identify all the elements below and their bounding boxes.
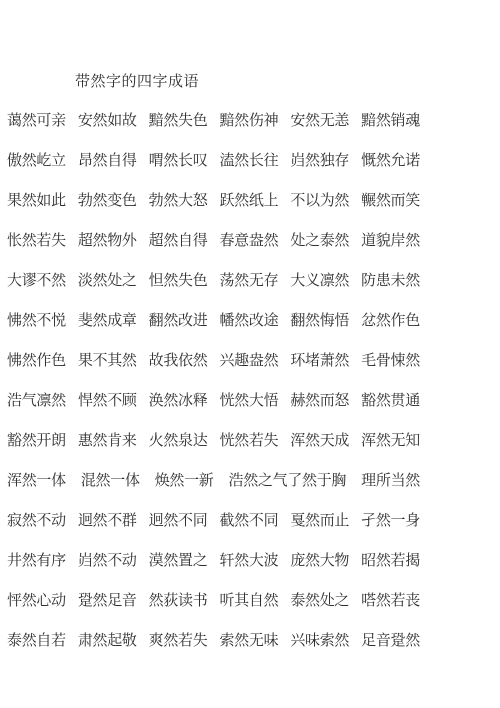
idiom: 溘然长往 bbox=[219, 153, 278, 169]
idiom: 防患未然 bbox=[361, 273, 420, 289]
idiom: 勃然大怒 bbox=[149, 193, 208, 209]
idiom: 怫然不悦 bbox=[7, 313, 66, 329]
idiom: 岿然不动 bbox=[78, 553, 137, 569]
idiom: 春意盎然 bbox=[219, 233, 278, 249]
idiom: 混然一体 bbox=[81, 473, 140, 489]
idiom: 道貌岸然 bbox=[361, 233, 420, 249]
idiom: 惠然肯来 bbox=[78, 433, 137, 449]
idiom-row: 怦然心动跫然足音然荻读书听其自然泰然处之嗒然若丧 bbox=[7, 593, 420, 609]
idiom: 索然无味 bbox=[219, 633, 278, 649]
idiom: 荡然无存 bbox=[219, 273, 278, 289]
idiom: 兴趣盎然 bbox=[219, 353, 278, 369]
idiom: 蔼然可亲 bbox=[7, 113, 66, 129]
idiom: 赫然而怒 bbox=[290, 393, 349, 409]
idiom: 毛骨悚然 bbox=[361, 353, 420, 369]
idiom-row: 大谬不然淡然处之怛然失色荡然无存大义凛然防患未然 bbox=[7, 273, 420, 289]
idiom: 理所当然 bbox=[361, 473, 420, 489]
idiom: 黯然伤神 bbox=[219, 113, 278, 129]
idiom: 大谬不然 bbox=[7, 273, 66, 289]
idiom: 安然无恙 bbox=[290, 113, 349, 129]
idiom: 冁然而笑 bbox=[361, 193, 420, 209]
idiom: 恍然若失 bbox=[219, 433, 278, 449]
idiom: 昂然自得 bbox=[78, 153, 137, 169]
idiom: 涣然冰释 bbox=[149, 393, 208, 409]
idiom: 喟然长叹 bbox=[149, 153, 208, 169]
idiom: 浑然天成 bbox=[290, 433, 349, 449]
idiom: 听其自然 bbox=[219, 593, 278, 609]
idiom: 轩然大波 bbox=[219, 553, 278, 569]
idiom: 处之泰然 bbox=[290, 233, 349, 249]
idiom: 火然泉达 bbox=[149, 433, 208, 449]
idiom: 翻然悔悟 bbox=[290, 313, 349, 329]
idiom: 怛然失色 bbox=[149, 273, 208, 289]
idiom: 怫然作色 bbox=[7, 353, 66, 369]
idiom: 浑然无知 bbox=[361, 433, 420, 449]
idiom: 怦然心动 bbox=[7, 593, 66, 609]
idiom: 豁然贯通 bbox=[361, 393, 420, 409]
idiom-row: 泰然自若肃然起敬爽然若失索然无味兴味索然足音跫然 bbox=[7, 633, 420, 649]
idiom: 戛然而止 bbox=[290, 513, 349, 529]
idiom-row: 傲然屹立昂然自得喟然长叹溘然长往岿然独存慨然允诺 bbox=[7, 153, 420, 169]
idiom: 大义凛然 bbox=[290, 273, 349, 289]
idiom: 淡然处之 bbox=[78, 273, 137, 289]
idiom: 寂然不动 bbox=[7, 513, 66, 529]
idiom: 翻然改进 bbox=[149, 313, 208, 329]
idiom: 忿然作色 bbox=[361, 313, 420, 329]
idiom: 爽然若失 bbox=[149, 633, 208, 649]
idiom: 超然物外 bbox=[78, 233, 137, 249]
idiom: 豁然开朗 bbox=[7, 433, 66, 449]
idiom: 足音跫然 bbox=[361, 633, 420, 649]
page-title: 带然字的四字成语 bbox=[75, 74, 199, 90]
idiom: 跫然足音 bbox=[78, 593, 137, 609]
idiom: 果不其然 bbox=[78, 353, 137, 369]
idiom-row: 怅然若失超然物外超然自得春意盎然处之泰然道貌岸然 bbox=[7, 233, 420, 249]
idiom: 黯然失色 bbox=[149, 113, 208, 129]
idiom-row: 浩气凛然悍然不顾涣然冰释恍然大悟赫然而怒豁然贯通 bbox=[7, 393, 420, 409]
idiom: 浑然一体 bbox=[7, 473, 66, 489]
idiom: 迥然不群 bbox=[78, 513, 137, 529]
idiom: 不以为然 bbox=[290, 193, 349, 209]
idiom: 幡然改途 bbox=[219, 313, 278, 329]
idiom-row: 怫然不悦斐然成章翻然改进幡然改途翻然悔悟忿然作色 bbox=[7, 313, 420, 329]
idiom: 超然自得 bbox=[149, 233, 208, 249]
idiom: 岿然独存 bbox=[290, 153, 349, 169]
idiom: 肃然起敬 bbox=[78, 633, 137, 649]
idiom-row: 寂然不动迥然不群迥然不同截然不同戛然而止孑然一身 bbox=[7, 513, 420, 529]
idiom: 孑然一身 bbox=[361, 513, 420, 529]
idiom: 环堵萧然 bbox=[290, 353, 349, 369]
idiom: 悍然不顾 bbox=[78, 393, 137, 409]
idiom-row: 怫然作色果不其然故我依然兴趣盎然环堵萧然毛骨悚然 bbox=[7, 353, 420, 369]
idiom: 安然如故 bbox=[78, 113, 137, 129]
idiom: 恍然大悟 bbox=[219, 393, 278, 409]
idiom: 泰然处之 bbox=[290, 593, 349, 609]
idiom: 慨然允诺 bbox=[361, 153, 420, 169]
idiom: 跃然纸上 bbox=[219, 193, 278, 209]
idiom: 浩气凛然 bbox=[7, 393, 66, 409]
document-page: 带然字的四字成语 蔼然可亲安然如故黯然失色黯然伤神安然无恙黯然销魂傲然屹立昂然自… bbox=[0, 0, 500, 708]
idiom-row: 浑然一体混然一体焕然一新浩然之气了然于胸理所当然 bbox=[7, 473, 420, 489]
idiom: 故我依然 bbox=[149, 353, 208, 369]
idiom: 井然有序 bbox=[7, 553, 66, 569]
idiom: 漠然置之 bbox=[149, 553, 208, 569]
idiom: 傲然屹立 bbox=[7, 153, 66, 169]
idiom-list: 蔼然可亲安然如故黯然失色黯然伤神安然无恙黯然销魂傲然屹立昂然自得喟然长叹溘然长往… bbox=[7, 113, 420, 673]
idiom: 焕然一新 bbox=[155, 473, 214, 489]
idiom: 怅然若失 bbox=[7, 233, 66, 249]
idiom: 浩然之气了然于胸 bbox=[229, 473, 347, 489]
idiom: 迥然不同 bbox=[149, 513, 208, 529]
idiom: 斐然成章 bbox=[78, 313, 137, 329]
idiom: 泰然自若 bbox=[7, 633, 66, 649]
idiom-row: 豁然开朗惠然肯来火然泉达恍然若失浑然天成浑然无知 bbox=[7, 433, 420, 449]
idiom: 然荻读书 bbox=[149, 593, 208, 609]
idiom: 兴味索然 bbox=[290, 633, 349, 649]
idiom: 黯然销魂 bbox=[361, 113, 420, 129]
idiom: 庞然大物 bbox=[290, 553, 349, 569]
idiom: 果然如此 bbox=[7, 193, 66, 209]
idiom: 嗒然若丧 bbox=[361, 593, 420, 609]
idiom: 昭然若揭 bbox=[361, 553, 420, 569]
idiom-row: 果然如此勃然变色勃然大怒跃然纸上不以为然冁然而笑 bbox=[7, 193, 420, 209]
idiom: 勃然变色 bbox=[78, 193, 137, 209]
idiom-row: 蔼然可亲安然如故黯然失色黯然伤神安然无恙黯然销魂 bbox=[7, 113, 420, 129]
idiom: 截然不同 bbox=[219, 513, 278, 529]
idiom-row: 井然有序岿然不动漠然置之轩然大波庞然大物昭然若揭 bbox=[7, 553, 420, 569]
